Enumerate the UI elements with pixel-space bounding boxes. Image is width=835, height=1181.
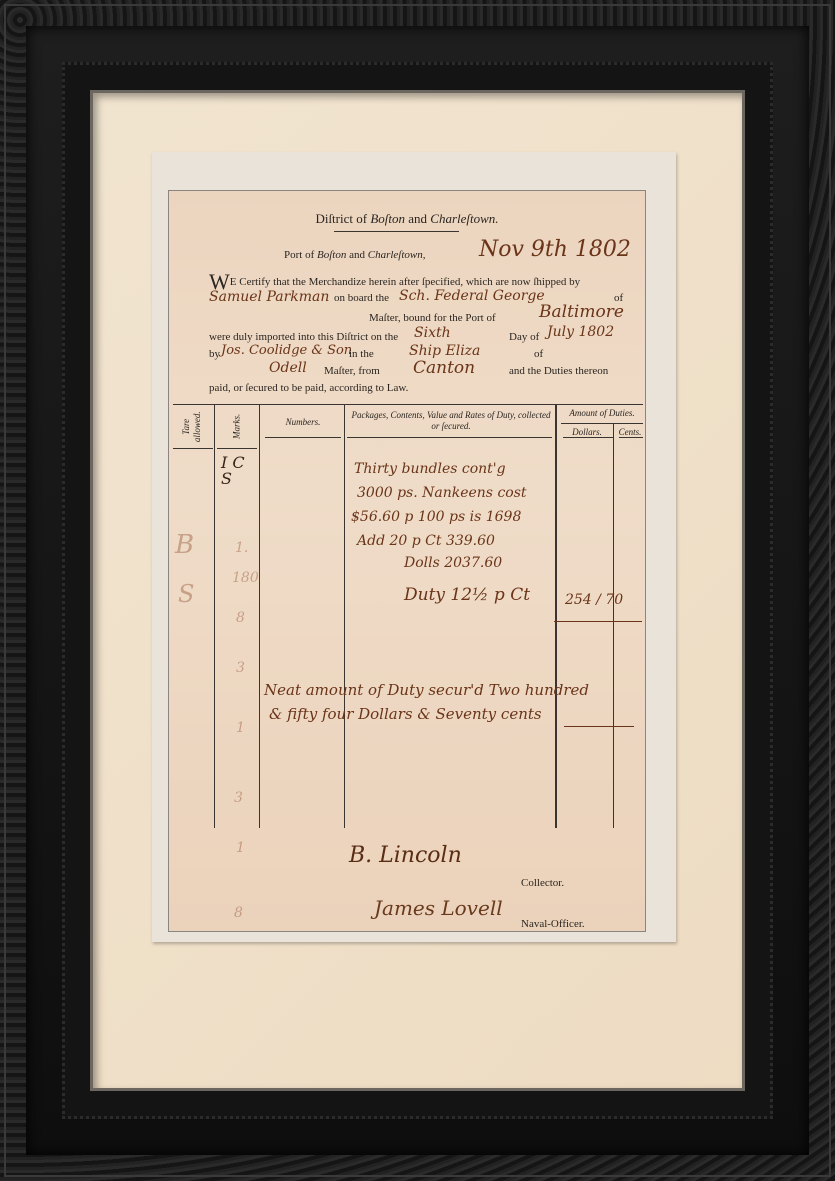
of-label-2: of [534,348,543,360]
origin-port: Canton [413,358,475,378]
column-divider [555,404,557,828]
pencil-mark: 3 [234,790,243,806]
table-header-rule [265,437,341,438]
column-divider [214,404,215,828]
handwritten-date: Nov 9th 1802 [479,237,631,262]
summary-underline [564,726,634,727]
pencil-mark: 1. [235,540,248,556]
master-label: Maſter, bound for the Port of [369,312,496,324]
table-header-rule [561,423,643,424]
vessel-name: Sch. Federal George [399,288,545,304]
imported-label: were duly imported into this Diſtrict on… [209,331,398,343]
table-top-rule [173,404,643,405]
pencil-mark: 8 [234,905,243,921]
title-rule [334,231,459,232]
day-of-label: Day of [509,331,539,343]
summary-line-1: Neat amount of Duty secur'd Two hundred [264,681,589,699]
entry-line-3: $56.60 p 100 ps is 1698 [351,509,521,525]
duties-label: and the Duties thereon [509,365,608,377]
naval-officer-signature: James Lovell [374,896,503,920]
summary-line-2: & fifty four Dollars & Seventy cents [269,705,542,723]
import-day: Sixth [414,325,451,341]
master-from-label: Maſter, from [324,365,380,377]
district-title: Diſtrict of Boſton and Charleſtown. [169,211,645,227]
entry-line-5: Dolls 2037.60 [404,555,502,571]
paid-label: paid, or ſecured to be paid, according t… [209,382,408,394]
import-master: Odell [269,360,307,376]
header-dollars: Dollars. [561,427,613,438]
import-date: July 1802 [547,324,614,340]
header-amount: Amount of Duties. [559,408,645,419]
port-line: Port of Boſton and Charleſtown, [284,249,426,261]
column-divider [344,404,345,828]
pencil-mark: 3 [236,660,245,676]
pencil-mark: B [175,530,194,560]
pencil-mark: S [178,580,194,608]
pencil-mark: 1 [236,840,245,856]
package-marks: I C S [221,455,251,487]
pencil-mark: 8 [236,610,245,626]
destination-port: Baltimore [539,302,624,322]
column-divider [259,404,260,828]
collector-label: Collector. [521,877,564,889]
column-divider [613,423,614,828]
collector-signature: B. Lincoln [349,843,462,868]
header-tare: Tare allowed. [181,404,203,450]
header-numbers: Numbers. [265,417,341,428]
picture-frame: Diſtrict of Boſton and Charleſtown. Port… [0,0,835,1181]
header-cents: Cents. [615,427,645,438]
on-board-label: on board the [334,292,389,304]
shipper-name: Samuel Parkman [209,289,329,305]
by-label: by [209,348,220,360]
header-marks: Marks. [232,404,243,448]
header-packages: Packages, Contents, Value and Rates of D… [351,410,551,432]
table-header-rule [347,437,552,438]
pencil-mark: 1 [236,720,245,736]
import-ship: Ship Eliza [409,343,480,359]
duty-amount: 254 / 70 [565,592,623,608]
entry-line-1: Thirty bundles cont'g [354,461,506,477]
entry-line-2: 3000 ps. Nankeens cost [357,485,527,501]
pencil-mark: 180 [232,570,259,586]
duty-underline [554,621,642,622]
in-the-label: in the [349,348,374,360]
entry-line-4: Add 20 p Ct 339.60 [357,533,495,549]
naval-officer-label: Naval-Officer. [521,918,585,930]
importer-name: Jos. Coolidge & Son [221,343,352,358]
customs-certificate: Diſtrict of Boſton and Charleſtown. Port… [168,190,646,932]
entry-duty-rate: Duty 12½ p Ct [404,585,530,605]
